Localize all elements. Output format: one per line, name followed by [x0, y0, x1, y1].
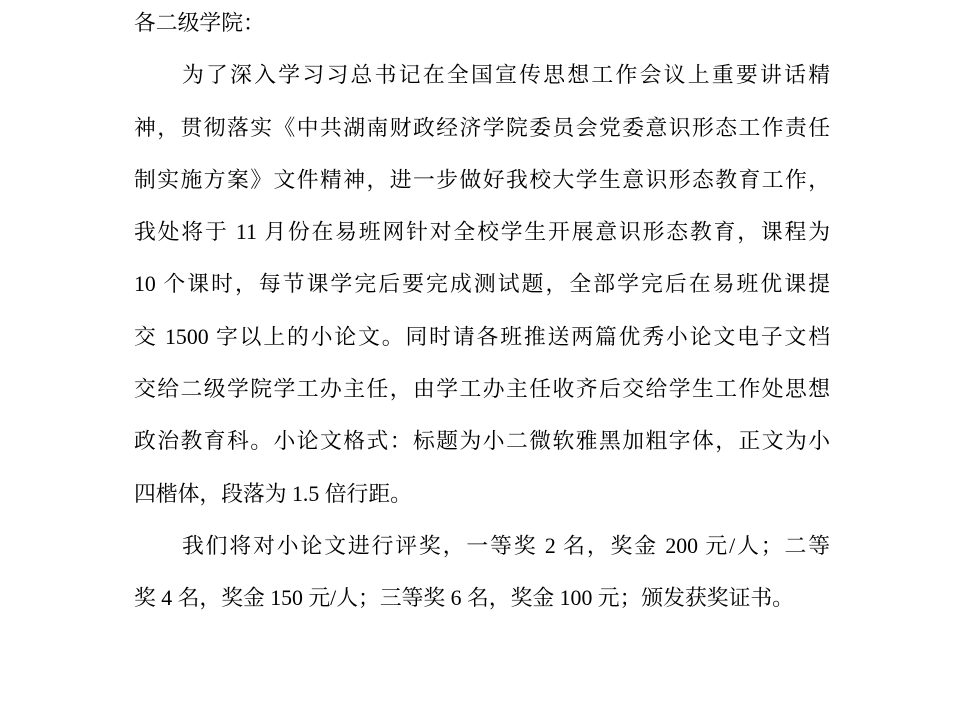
- text-line: 四楷体，段落为 1.5 倍行距。: [134, 468, 830, 520]
- text-line: 制实施方案》文件精神，进一步做好我校大学生意识形态教育工作，: [134, 154, 830, 206]
- notice-text-block: 各二级学院： 为了深入学习习总书记在全国宣传思想工作会议上重要讲话精 神，贯彻落…: [134, 0, 830, 625]
- salutation-line: 各二级学院：: [134, 0, 830, 49]
- text-line: 为了深入学习习总书记在全国宣传思想工作会议上重要讲话精: [134, 49, 830, 101]
- document-page: 各二级学院： 为了深入学习习总书记在全国宣传思想工作会议上重要讲话精 神，贯彻落…: [0, 0, 964, 702]
- text-line: 我处将于 11 月份在易班网针对全校学生开展意识形态教育，课程为: [134, 206, 830, 258]
- text-line: 交 1500 字以上的小论文。同时请各班推送两篇优秀小论文电子文档: [134, 311, 830, 363]
- text-line: 政治教育科。小论文格式：标题为小二微软雅黑加粗字体，正文为小: [134, 415, 830, 467]
- text-line: 交给二级学院学工办主任，由学工办主任收齐后交给学生工作处思想: [134, 363, 830, 415]
- text-line: 神，贯彻落实《中共湖南财政经济学院委员会党委意识形态工作责任: [134, 102, 830, 154]
- text-line: 10 个课时，每节课学完后要完成测试题，全部学完后在易班优课提: [134, 258, 830, 310]
- text-line: 我们将对小论文进行评奖，一等奖 2 名，奖金 200 元/人；二等: [134, 520, 830, 572]
- text-line: 奖 4 名，奖金 150 元/人；三等奖 6 名，奖金 100 元；颁发获奖证书…: [134, 572, 830, 624]
